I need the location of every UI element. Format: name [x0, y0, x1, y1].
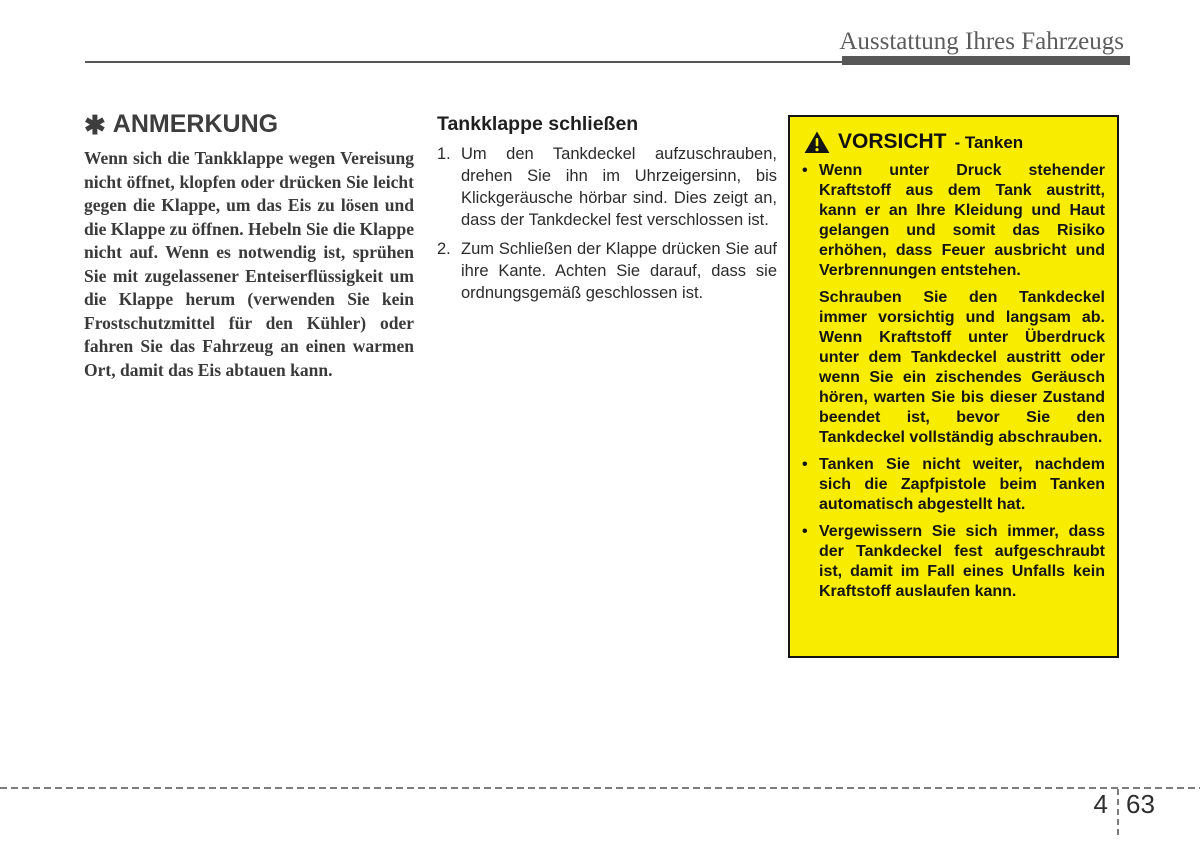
- warning-item-text: Vergewissern Sie sich immer, dass der Ta…: [819, 522, 1105, 602]
- footer-dashed-rule: [0, 787, 1200, 789]
- warning-item: • Wenn unter Druck stehender Kraftstoff …: [802, 161, 1105, 448]
- note-body: Wenn sich die Tankklappe wegen Vereisung…: [84, 147, 414, 382]
- chapter-number: 4: [1078, 789, 1108, 820]
- warning-subtitle: - Tanken: [955, 131, 1024, 153]
- note-title: ANMERKUNG: [113, 110, 278, 139]
- bullet-icon: •: [802, 161, 819, 448]
- warning-triangle-icon: [804, 131, 830, 154]
- step-text: Um den Tankdeckel aufzuschrauben, drehen…: [461, 143, 777, 231]
- footer-dashed-divider: [1117, 789, 1119, 838]
- section-title: Tankklappe schließen: [437, 113, 777, 136]
- step-number: 1.: [437, 143, 461, 231]
- bullet-icon: •: [802, 455, 819, 515]
- step-item: 1. Um den Tankdeckel aufzuschrauben, dre…: [437, 143, 777, 231]
- warning-item-text: Tanken Sie nicht weiter, nachdem sich di…: [819, 455, 1105, 515]
- asterisk-icon: ✱: [84, 112, 106, 138]
- step-text: Zum Schließen der Klappe drücken Sie auf…: [461, 238, 777, 304]
- warning-item-text: Wenn unter Druck stehender Kraftstoff au…: [819, 161, 1105, 448]
- warning-heading: VORSICHT - Tanken: [804, 130, 1105, 154]
- warning-item: • Tanken Sie nicht weiter, nachdem sich …: [802, 455, 1105, 515]
- note-heading: ✱ ANMERKUNG: [84, 110, 414, 139]
- step-number: 2.: [437, 238, 461, 304]
- page-title: Ausstattung Ihres Fahrzeugs: [839, 28, 1124, 56]
- step-item: 2. Zum Schließen der Klappe drücken Sie …: [437, 238, 777, 304]
- header-rule-thick: [842, 56, 1130, 65]
- warning-title: VORSICHT: [838, 130, 947, 154]
- instructions-section: Tankklappe schließen 1. Um den Tankdecke…: [437, 113, 777, 304]
- header-rule-thin: [85, 61, 845, 63]
- warning-box: VORSICHT - Tanken • Wenn unter Druck ste…: [788, 115, 1119, 658]
- warning-paragraph: Wenn unter Druck stehender Kraftstoff au…: [819, 162, 1105, 279]
- page-number: 63: [1126, 789, 1155, 820]
- note-section: ✱ ANMERKUNG Wenn sich die Tankklappe weg…: [84, 110, 414, 382]
- warning-item: • Vergewissern Sie sich immer, dass der …: [802, 522, 1105, 602]
- bullet-icon: •: [802, 522, 819, 602]
- warning-paragraph: Schrauben Sie den Tankdeckel immer vorsi…: [819, 288, 1105, 448]
